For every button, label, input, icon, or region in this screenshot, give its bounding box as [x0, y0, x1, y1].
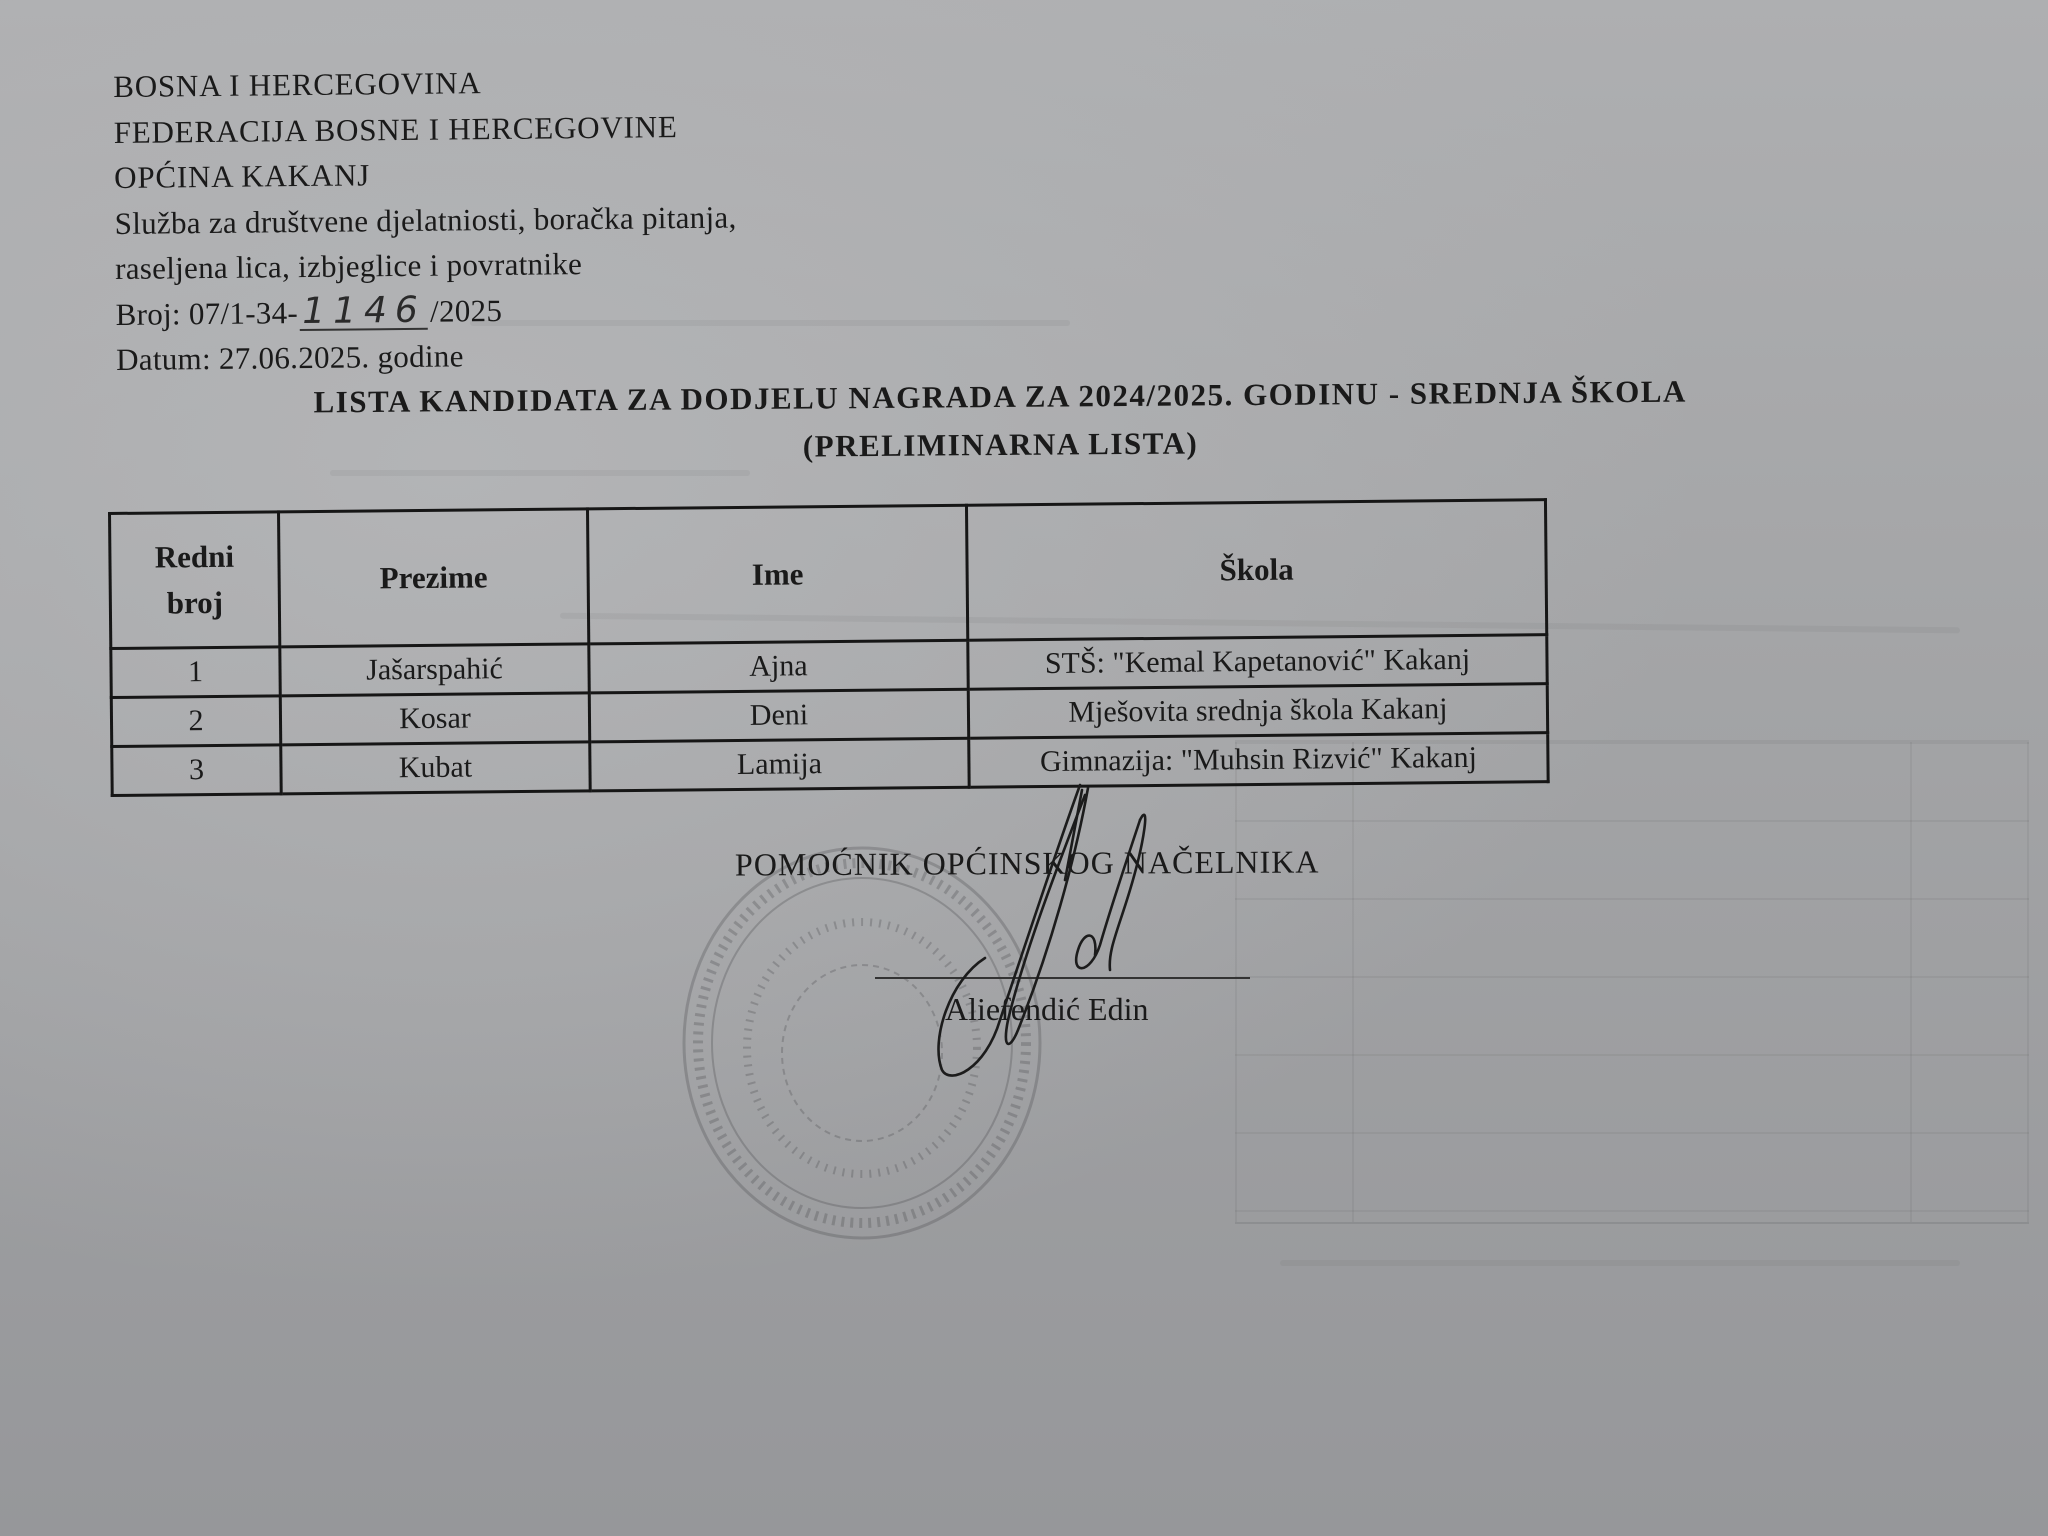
signature-line: [875, 977, 1250, 979]
cell-ime: Deni: [589, 689, 968, 742]
bleed-through-text: [1280, 1260, 1960, 1266]
header-department-line2: raseljena lica, izbjeglice i povratnike: [115, 239, 737, 291]
reference-number: Broj: 07/1-34-1146/2025: [115, 285, 737, 337]
reference-number-handwritten: 1146: [300, 293, 428, 330]
column-header-skola: Škola: [966, 500, 1546, 641]
document-date: Datum: 27.06.2025. godine: [116, 330, 738, 382]
column-header-prezime: Prezime: [279, 509, 589, 647]
column-header-redni-broj-line2: broj: [120, 579, 270, 626]
handwritten-signature-icon: [930, 780, 1160, 1110]
column-header-ime: Ime: [587, 505, 967, 644]
cell-skola: Mješovita srednja škola Kakanj: [968, 684, 1547, 739]
header-municipality: OPĆINA KAKANJ: [114, 148, 736, 200]
header-country: BOSNA I HERCEGOVINA: [113, 57, 735, 109]
column-header-redni-broj: Redni broj: [110, 512, 280, 649]
cell-redni-broj: 2: [111, 696, 280, 747]
cell-redni-broj: 1: [111, 647, 280, 698]
cell-skola: STŠ: "Kemal Kapetanović" Kakanj: [968, 635, 1547, 690]
cell-skola: Gimnazija: "Muhsin Rizvić" Kakanj: [969, 733, 1548, 788]
header-department-line1: Služba za društvene djelatniosti, boračk…: [114, 194, 736, 246]
cell-prezime: Jašarspahić: [280, 644, 589, 696]
candidates-table-wrapper: Redni broj Prezime Ime Škola 1 Jašarspah…: [108, 498, 1550, 797]
reference-number-suffix: /2025: [430, 292, 502, 328]
bleed-through-table: [1235, 740, 2029, 1224]
cell-ime: Ajna: [589, 640, 968, 693]
document-header: BOSNA I HERCEGOVINA FEDERACIJA BOSNE I H…: [113, 57, 738, 382]
header-federation: FEDERACIJA BOSNE I HERCEGOVINE: [113, 103, 735, 155]
table-header-row: Redni broj Prezime Ime Škola: [110, 500, 1547, 649]
cell-prezime: Kubat: [281, 742, 590, 794]
candidates-table: Redni broj Prezime Ime Škola 1 Jašarspah…: [108, 498, 1550, 797]
cell-prezime: Kosar: [280, 693, 589, 745]
signatory-name: Aliefendić Edin: [945, 991, 1148, 1028]
official-stamp-icon: [672, 838, 1052, 1248]
column-header-redni-broj-line1: Redni: [119, 533, 269, 580]
cell-redni-broj: 3: [112, 745, 281, 796]
reference-number-prefix: Broj: 07/1-34-: [115, 295, 298, 332]
cell-ime: Lamija: [590, 738, 969, 791]
signatory-title: POMOĆNIK OPĆINSKOG NAČELNIKA: [735, 843, 1320, 883]
document-title: LISTA KANDIDATA ZA DODJELU NAGRADA ZA 20…: [150, 366, 1851, 475]
document-page: BOSNA I HERCEGOVINA FEDERACIJA BOSNE I H…: [0, 0, 2048, 1536]
